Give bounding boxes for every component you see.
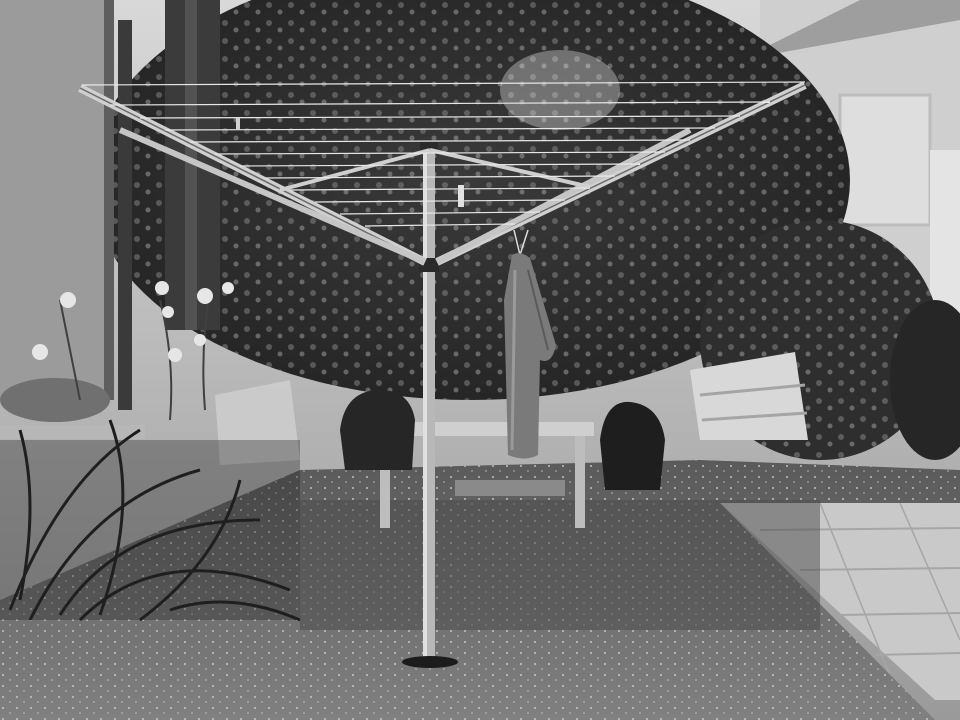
scene [0,0,960,720]
photograph: Black-and-white photograph of a rotary c… [0,0,960,720]
clothes-peg [236,118,240,130]
clothes-peg [458,185,464,207]
house-wall [0,0,145,439]
